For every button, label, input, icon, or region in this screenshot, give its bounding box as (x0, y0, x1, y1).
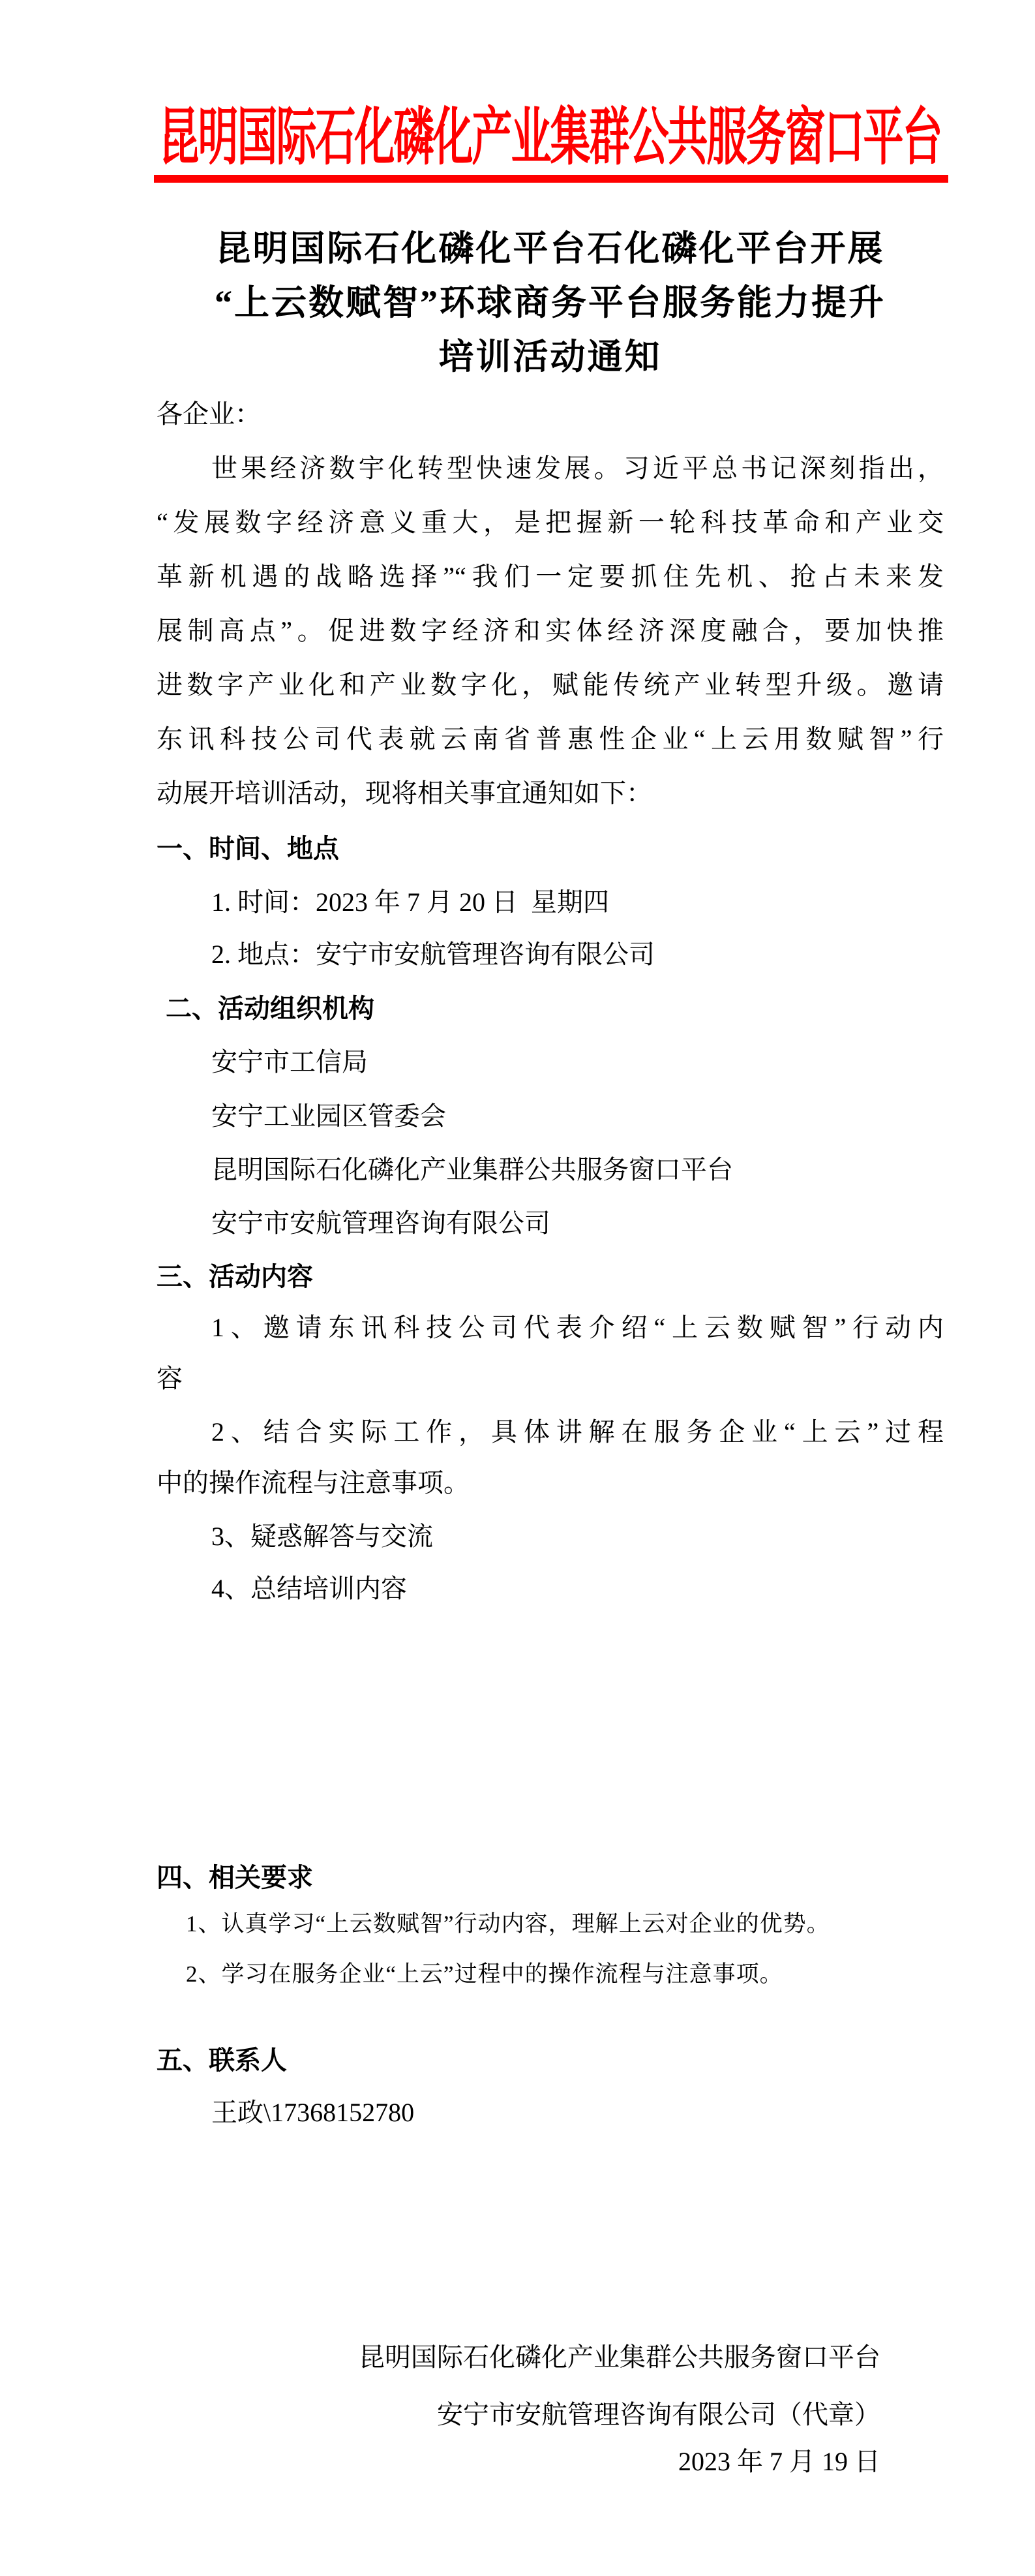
section-3-line: 2、结合实际工作，具体讲解在服务企业“上云”过程 (157, 1417, 944, 1447)
org-item: 安宁市工信局 (157, 1047, 944, 1077)
section-1-item-time: 1. 时间：2023 年 7 月 20 日 星期四 (157, 887, 944, 917)
section-3-line: 1、邀请东讯科技公司代表介绍“上云数赋智”行动内 (157, 1313, 944, 1343)
document-page: 昆明国际石化磷化产业集群公共服务窗口平台 昆明国际石化磷化平台石化磷化平台开展 … (0, 0, 1035, 2576)
letterhead-rule (154, 175, 948, 183)
signature-org-1: 昆明国际石化磷化产业集群公共服务窗口平台 (157, 2342, 880, 2372)
section-1-heading: 一、时间、地点 (157, 834, 944, 864)
section-4-item: 1、认真学习“上云数赋智”行动内容，理解上云对企业的优势。 (157, 1910, 944, 1938)
signature-date: 2023 年 7 月 19 日 (157, 2447, 880, 2477)
section-4-item: 2、学习在服务企业“上云”过程中的操作流程与注意事项。 (157, 1961, 944, 1988)
intro-line: “发展数字经济意义重大，是把握新一轮科技革命和产业交 (157, 508, 944, 538)
doc-title-line-2: “上云数赋智”环球商务平台服务能力提升 (157, 284, 944, 322)
section-2-heading: 二、活动组织机构 (157, 994, 944, 1024)
section-3-line: 容 (157, 1364, 944, 1394)
doc-title-line-1: 昆明国际石化磷化平台石化磷化平台开展 (157, 230, 944, 268)
org-item: 安宁工业园区管委会 (157, 1101, 944, 1131)
intro-line: 动展开培训活动，现将相关事宜通知如下： (157, 778, 944, 808)
signature-org-2: 安宁市安航管理咨询有限公司（代章） (157, 2400, 880, 2430)
intro-line: 东讯科技公司代表就云南省普惠性企业“上云用数赋智”行 (157, 724, 944, 754)
section-1-item-place: 2. 地点：安宁市安航管理咨询有限公司 (157, 940, 944, 970)
section-3-line: 中的操作流程与注意事项。 (157, 1468, 944, 1498)
salutation: 各企业： (157, 399, 944, 429)
section-4-heading: 四、相关要求 (157, 1863, 944, 1893)
org-item: 昆明国际石化磷化产业集群公共服务窗口平台 (157, 1155, 944, 1185)
intro-line: 世果经济数宇化转型快速发展。习近平总书记深刻指出， (157, 453, 944, 483)
section-3-line: 4、总结培训内容 (157, 1574, 944, 1604)
org-item: 安宁市安航管理咨询有限公司 (157, 1208, 944, 1238)
section-3-heading: 三、活动内容 (157, 1262, 944, 1292)
doc-title-line-3: 培训活动通知 (157, 338, 944, 376)
intro-line: 展制高点”。促进数字经济和实体经济深度融合，要加快推 (157, 616, 944, 646)
intro-line: 进数字产业化和产业数字化，赋能传统产业转型升级。邀请 (157, 670, 944, 700)
intro-line: 革新机遇的战略选择”“我们一定要抓住先机、抢占未来发 (157, 562, 944, 592)
section-5-heading: 五、联系人 (157, 2046, 944, 2076)
letterhead-banner: 昆明国际石化磷化产业集群公共服务窗口平台 (157, 107, 944, 170)
contact-person: 王政\17368152780 (157, 2098, 944, 2128)
section-3-line: 3、疑惑解答与交流 (157, 1522, 944, 1552)
